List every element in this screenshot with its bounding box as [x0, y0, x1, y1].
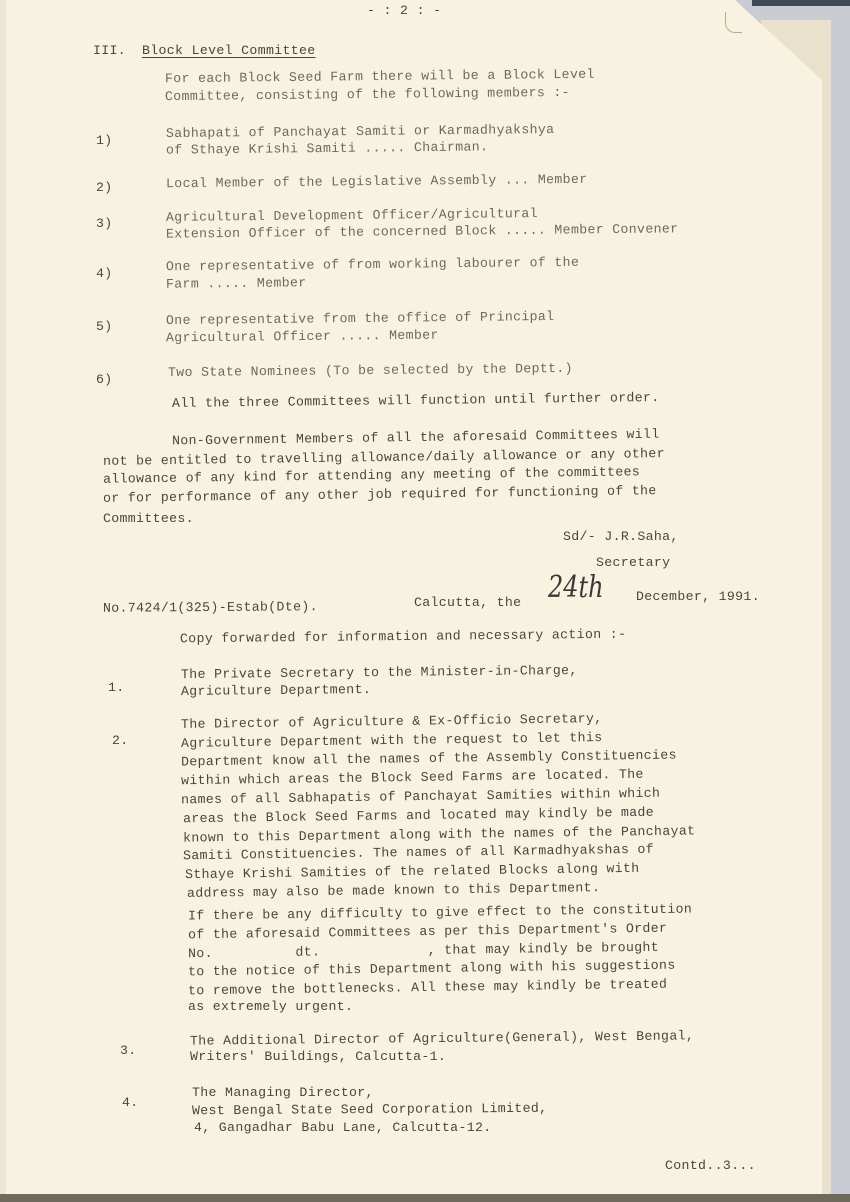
recipient-line: Writers' Buildings, Calcutta-1. [190, 1050, 446, 1064]
member-number: 2) [96, 181, 113, 195]
member-line: One representative of from working labou… [166, 256, 579, 274]
member-line: Two State Nominees (To be selected by th… [168, 362, 573, 380]
recipient-line: Agriculture Department with the request … [181, 731, 603, 751]
handwritten-date: 24th [548, 570, 604, 605]
page-number: - : 2 : - [367, 4, 441, 18]
page-edge [0, 0, 6, 1202]
paper-crease [725, 12, 742, 33]
recipient-line: The Managing Director, [192, 1086, 374, 1100]
recipient-line: Department know all the names of the Ass… [181, 749, 677, 770]
memo-month-year: December, 1991. [636, 590, 760, 604]
signature-name: Sd/- J.R.Saha, [563, 530, 679, 544]
intro-line: Committee, consisting of the following m… [165, 86, 570, 104]
followup-line: to remove the bottlenecks. All these may… [188, 978, 667, 999]
allowance-line: or for performance of any other job requ… [103, 484, 657, 506]
section-number: III. [93, 44, 126, 58]
recipient-line: areas the Block Seed Farms and located m… [183, 806, 654, 827]
member-line: Farm ..... Member [166, 276, 307, 291]
section-title: Block Level Committee [142, 44, 316, 58]
member-line: One representative from the office of Pr… [166, 310, 555, 328]
member-number: 3) [96, 217, 113, 231]
document-page: - : 2 : - III. Block Level Committee For… [0, 0, 822, 1196]
recipient-number: 3. [120, 1044, 137, 1058]
member-line: Local Member of the Legislative Assembly… [166, 173, 588, 191]
background-strip [752, 0, 850, 6]
recipient-line: Sthaye Krishi Samities of the related Bl… [185, 862, 640, 882]
member-number: 1) [96, 134, 113, 148]
member-number: 6) [96, 373, 113, 387]
recipient-line: West Bengal State Seed Corporation Limit… [192, 1102, 547, 1118]
recipient-line: names of all Sabhapatis of Panchayat Sam… [181, 787, 660, 808]
followup-line: to the notice of this Department along w… [188, 959, 676, 980]
recipient-line: The Additional Director of Agriculture(G… [190, 1029, 694, 1048]
recipient-line: within which areas the Block Seed Farms … [181, 768, 644, 788]
member-number: 4) [96, 267, 113, 281]
recipient-line: The Director of Agriculture & Ex-Officio… [181, 712, 603, 732]
recipient-line: Agriculture Department. [181, 683, 371, 699]
member-line: Agricultural Development Officer/Agricul… [166, 207, 538, 225]
recipient-line: address may also be made known to this D… [187, 881, 600, 901]
intro-line: For each Block Seed Farm there will be a… [165, 68, 595, 86]
allowance-line: Non-Government Members of all the afores… [172, 428, 660, 449]
followup-line: of the aforesaid Committees as per this … [188, 922, 667, 943]
member-line: of Sthaye Krishi Samiti ..... Chairman. [166, 140, 488, 157]
member-number: 5) [96, 320, 113, 334]
followup-line: as extremely urgent. [188, 1000, 353, 1014]
recipient-line: 4, Gangadhar Babu Lane, Calcutta-12. [194, 1121, 492, 1135]
allowance-line: Committees. [103, 512, 194, 526]
recipient-line: The Private Secretary to the Minister-in… [181, 664, 578, 682]
memo-number: No.7424/1(325)-Estab(Dte). [103, 600, 318, 615]
recipient-number: 2. [112, 734, 129, 748]
forwarding-line: Copy forwarded for information and neces… [180, 628, 626, 647]
recipient-number: 4. [122, 1096, 139, 1110]
recipient-line: Samiti Constituencies. The names of all … [183, 843, 654, 864]
background-edge [0, 1194, 850, 1202]
continuation-note: Contd..3... [665, 1159, 756, 1173]
member-line: Agricultural Officer ..... Member [166, 329, 439, 346]
function-note: All the three Committees will function u… [172, 391, 660, 411]
member-line: Extension Officer of the concerned Block… [166, 222, 678, 241]
member-line: Sabhapati of Panchayat Samiti or Karmadh… [166, 123, 555, 141]
signature-designation: Secretary [596, 556, 670, 570]
memo-place: Calcutta, the [414, 596, 521, 610]
recipient-number: 1. [108, 681, 125, 695]
